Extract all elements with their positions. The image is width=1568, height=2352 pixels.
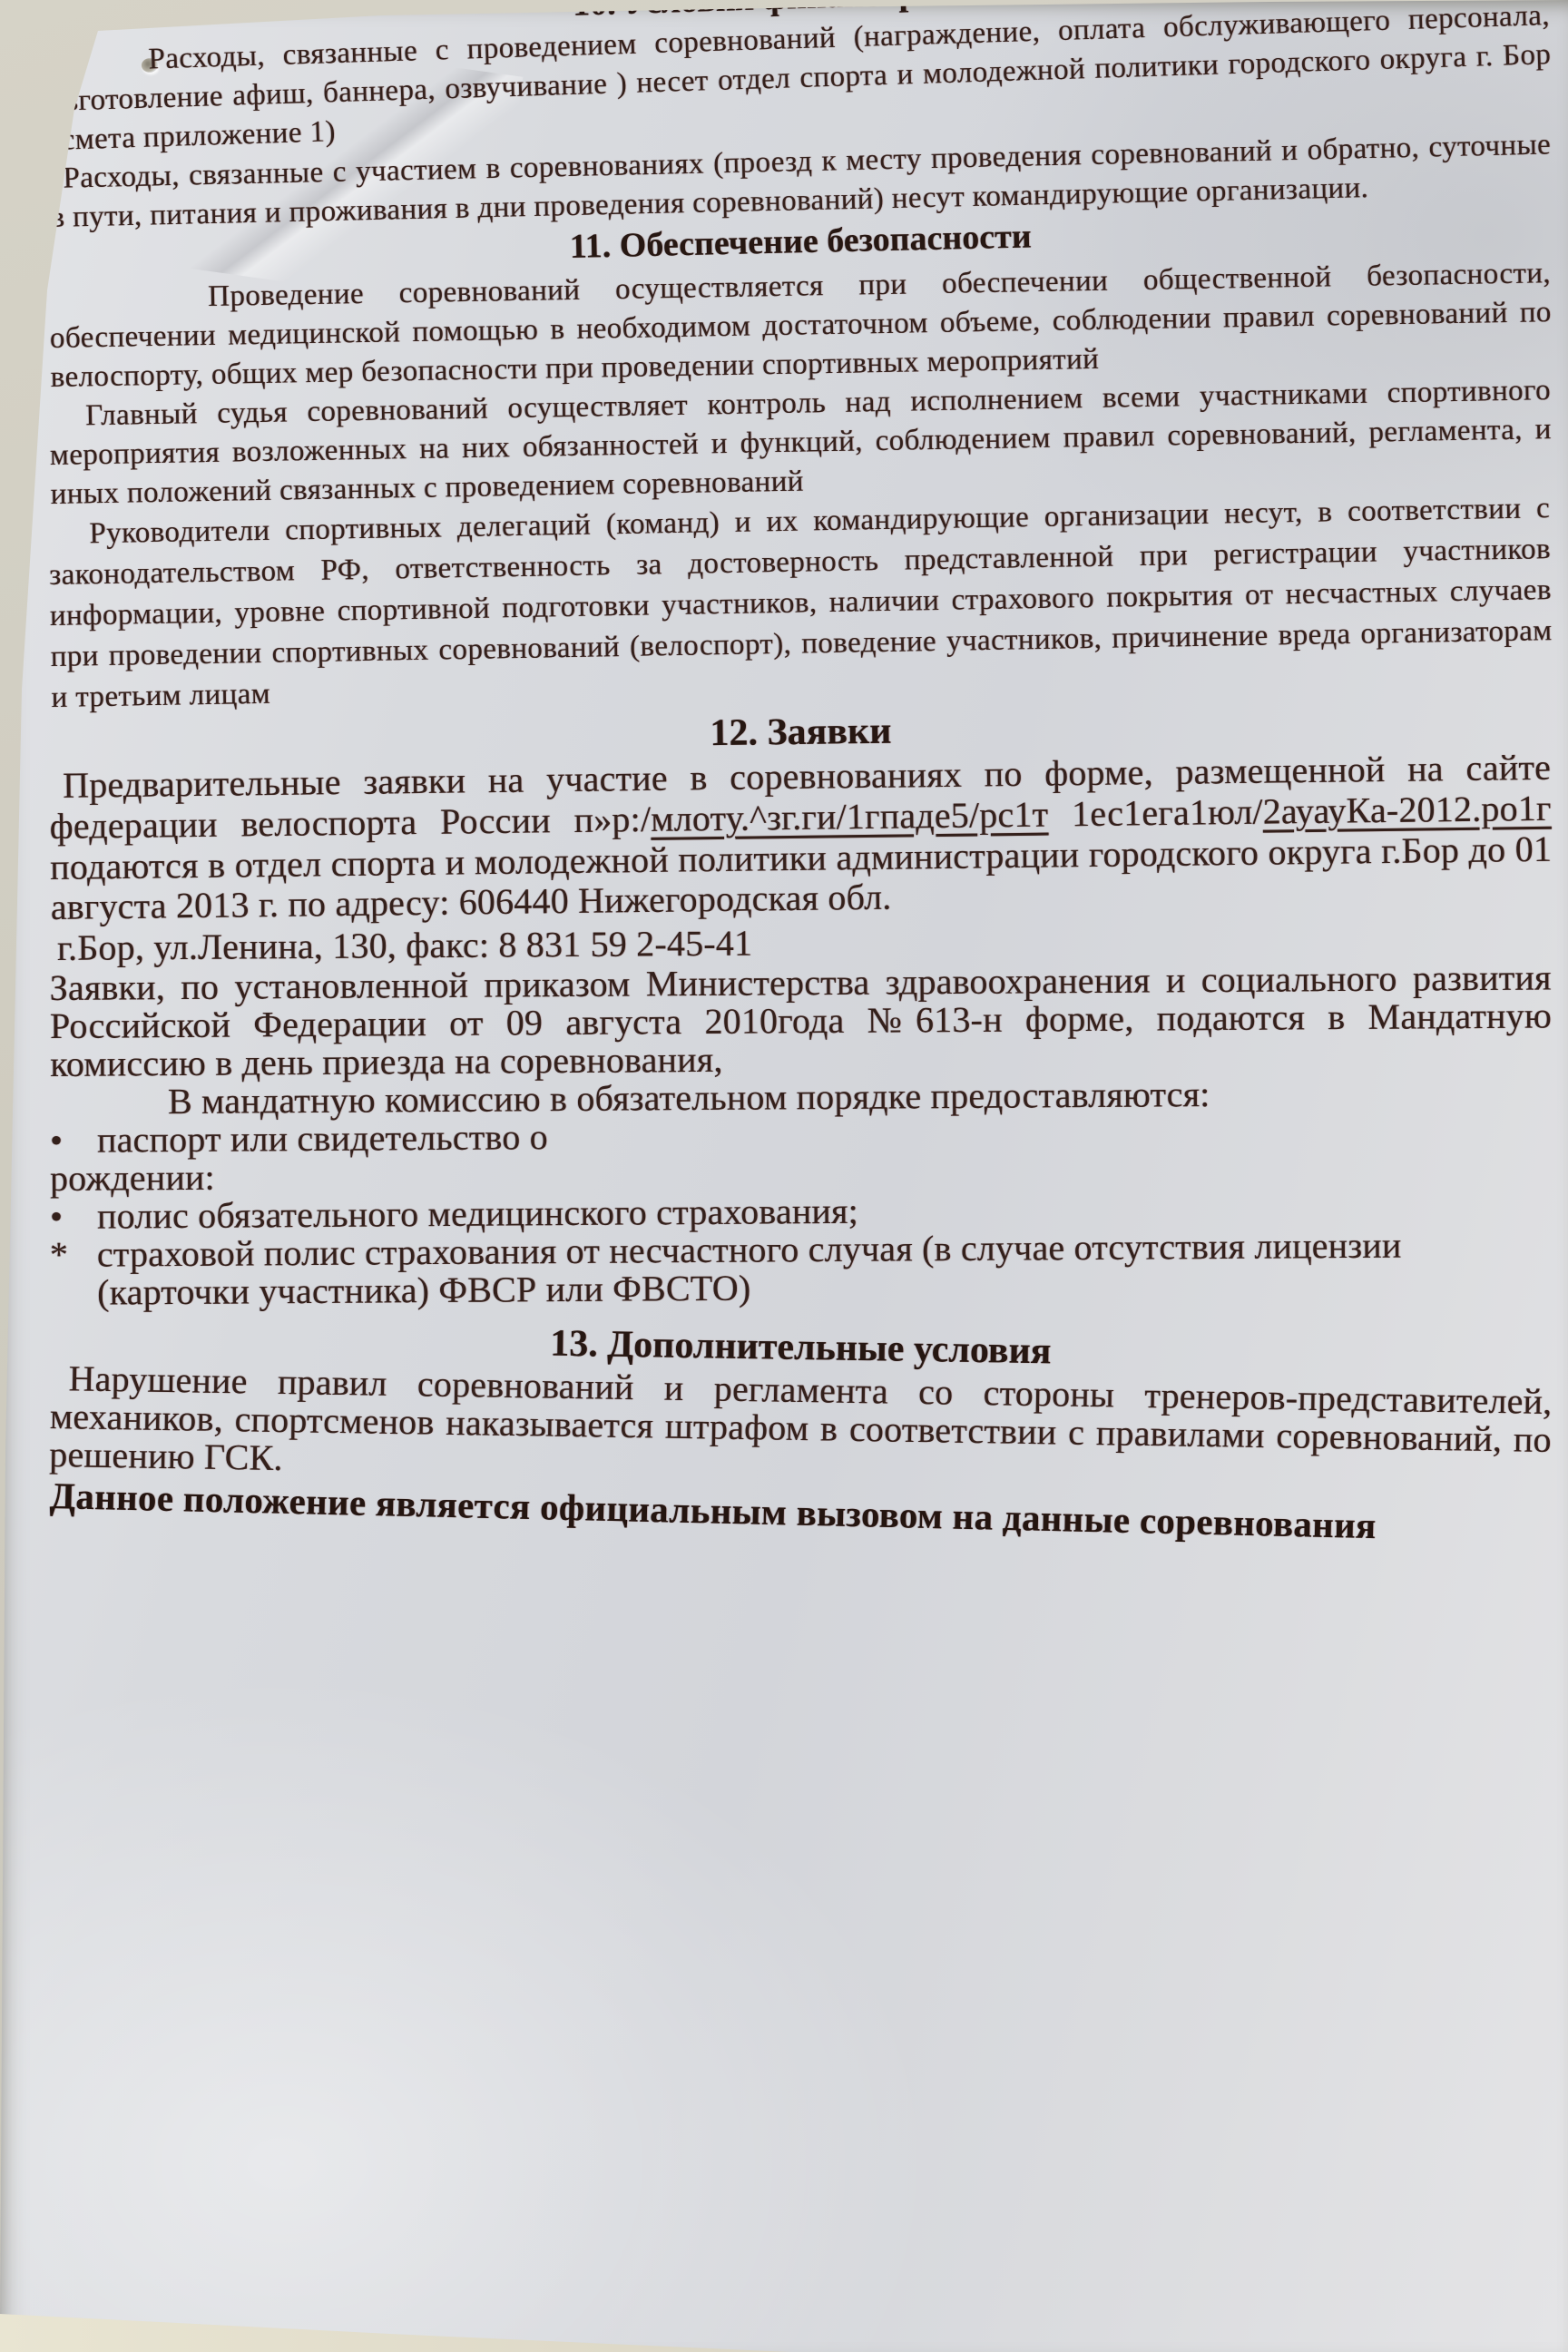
document-content: 10. Условия финансирования Расходы, связ… [50,0,1552,1517]
paper-sheet: 10. Условия финансирования Расходы, связ… [0,0,1568,2352]
bullet-icon: • [50,1121,97,1159]
list-item-accident-insurance-text: страховой полис страхования от несчастно… [97,1225,1553,1311]
section-11-paragraph-delegation-leaders: Руководители спортивных делегаций (коман… [48,488,1553,718]
asterisk-icon: * [50,1235,97,1273]
list-item-accident-insurance: * страховой полис страхования от несчаст… [50,1225,1553,1312]
federation-site-url-part-1: млоту.^зг.ги/1гпаде5/рс1т [651,793,1049,838]
applications-text-between-url: 1ес1ега1юл/ [1048,790,1263,834]
federation-site-url-part-2: 2ауауКа-2012.ро1г [1262,787,1551,831]
bullet-icon: • [50,1197,97,1235]
list-item-passport-text: паспорт или свидетельство о [97,1118,548,1159]
section-12-paragraph-preliminary-applications: Предварительные заявки на участие в соре… [49,747,1553,927]
section-13-paragraph-violations: Нарушение правил соревнований и регламен… [49,1359,1553,1497]
document-photo: 10. Условия финансирования Расходы, связ… [0,0,1568,2352]
section-12-paragraph-mandate-form: Заявки, по установленной приказом Минист… [50,958,1553,1083]
pinhole-mark [56,51,69,62]
